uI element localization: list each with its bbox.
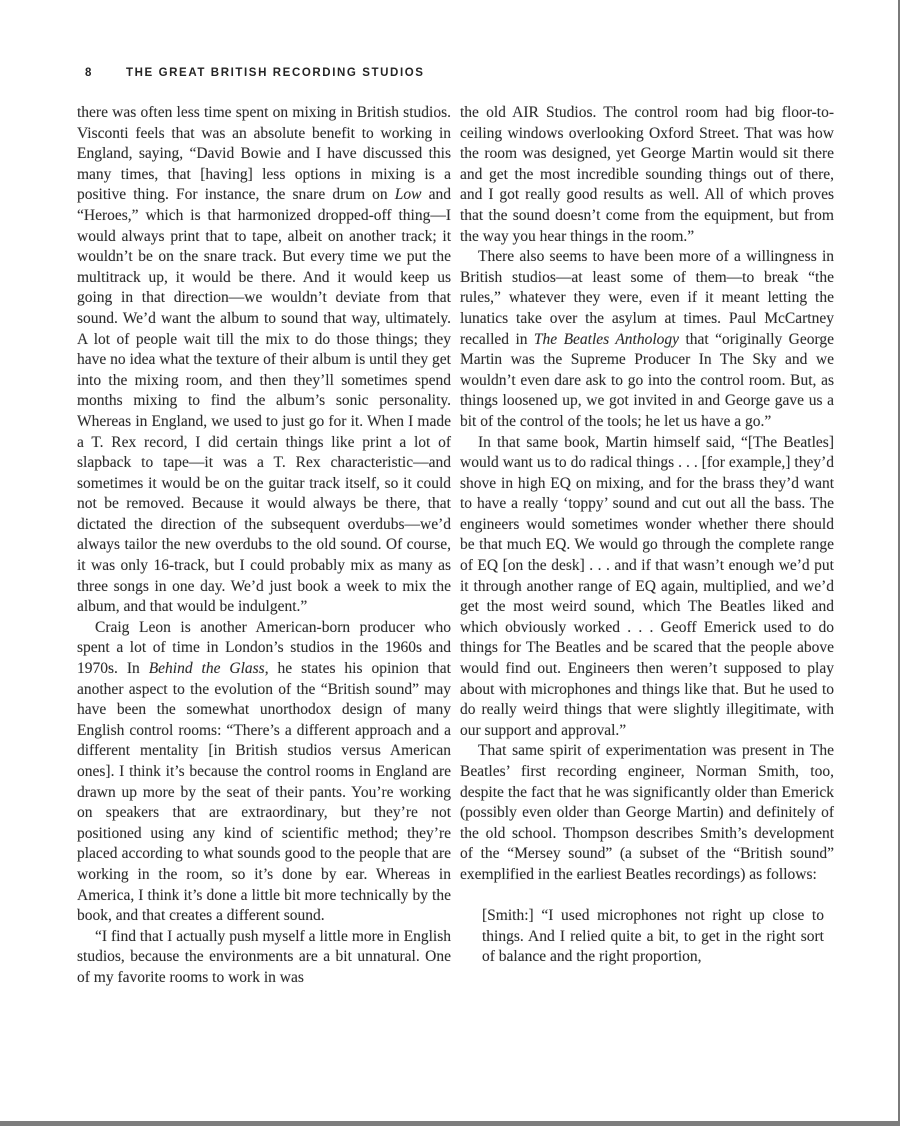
italic-text: Behind the Glass — [149, 660, 265, 677]
body-text: [Smith:] “I used microphones not right u… — [482, 907, 824, 965]
scan-edge-bottom — [0, 1121, 900, 1126]
body-text: , he states his opinion that another asp… — [77, 660, 451, 924]
paragraph: Craig Leon is another American-born prod… — [77, 618, 451, 927]
paragraph: there was often less time spent on mixin… — [77, 103, 451, 618]
left-column: there was often less time spent on mixin… — [77, 103, 451, 989]
paragraph: In that same book, Martin himself said, … — [460, 433, 834, 742]
body-text: In that same book, Martin himself said, … — [460, 434, 834, 739]
body-text: and “Heroes,” which is that harmonized d… — [77, 186, 451, 615]
paragraph: “I find that I actually push myself a li… — [77, 927, 451, 989]
page-number: 8 — [85, 67, 93, 79]
italic-text: Low — [395, 186, 422, 203]
book-page: 8THE GREAT BRITISH RECORDING STUDIOS the… — [0, 0, 900, 1126]
body-text: “I find that I actually push myself a li… — [77, 928, 451, 986]
block-quote: [Smith:] “I used microphones not right u… — [482, 906, 824, 968]
paragraph: the old AIR Studios. The control room ha… — [460, 103, 834, 247]
italic-text: The Beatles Anthology — [534, 331, 679, 348]
page-header: 8THE GREAT BRITISH RECORDING STUDIOS — [85, 67, 425, 79]
running-title: THE GREAT BRITISH RECORDING STUDIOS — [126, 67, 425, 79]
paragraph: There also seems to have been more of a … — [460, 247, 834, 432]
paragraph: That same spirit of experimentation was … — [460, 741, 834, 885]
page-body: there was often less time spent on mixin… — [77, 103, 834, 989]
right-column: the old AIR Studios. The control room ha… — [460, 103, 834, 989]
body-text: That same spirit of experimentation was … — [460, 742, 834, 883]
body-text: the old AIR Studios. The control room ha… — [460, 104, 834, 245]
